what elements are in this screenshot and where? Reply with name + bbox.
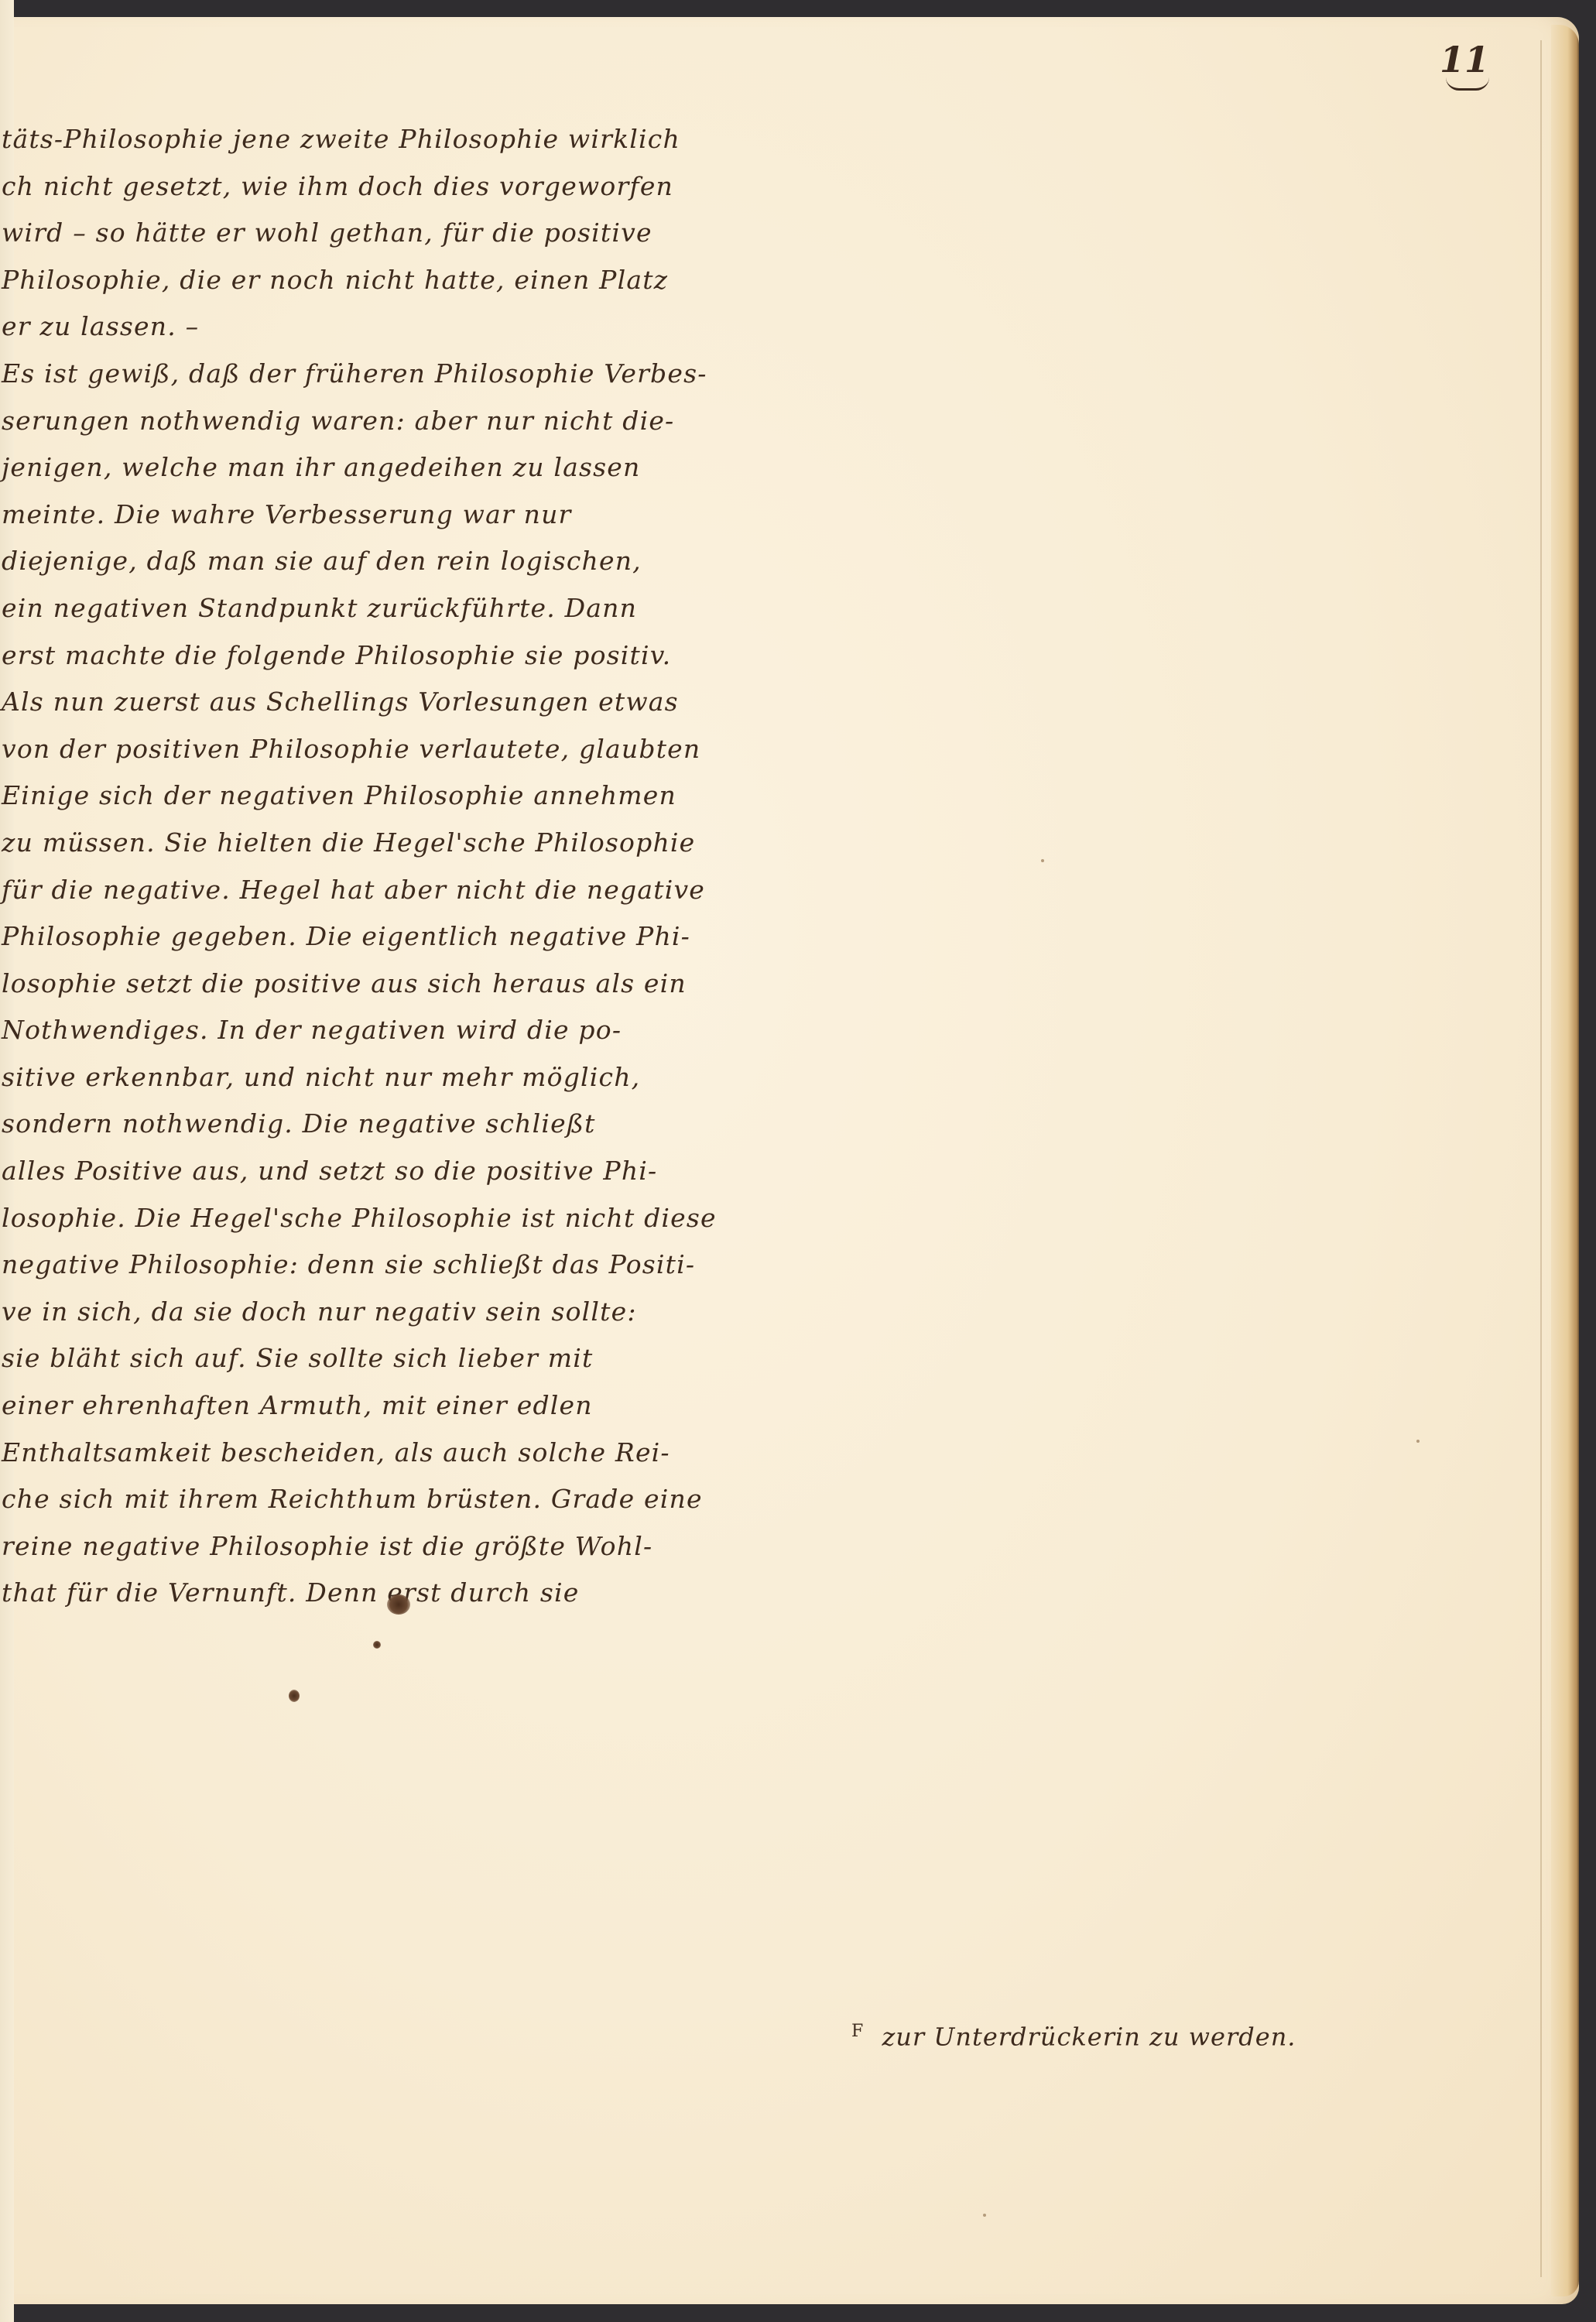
text-line: täts-Philosophie jene zweite Philosophie… [0, 116, 805, 163]
text-line: Philosophie gegeben. Die eigentlich nega… [0, 913, 805, 961]
text-line: zu müssen. Sie hielten die Hegel'sche Ph… [0, 820, 805, 867]
text-line: reine negative Philosophie ist die größt… [0, 1523, 805, 1570]
text-line: sie bläht sich auf. Sie sollte sich lieb… [0, 1335, 805, 1382]
text-line: sondern nothwendig. Die negative schließ… [0, 1101, 805, 1148]
text-line: ch nicht gesetzt, wie ihm doch dies vorg… [0, 163, 805, 211]
text-line: er zu lassen. – [0, 303, 805, 351]
page-number-underline [1446, 77, 1489, 91]
text-line: meinte. Die wahre Verbesserung war nur [0, 491, 805, 539]
page-fold-line [1540, 40, 1542, 2277]
handwritten-text-column: täts-Philosophie jene zweite Philosophie… [0, 116, 805, 1617]
paper-speck [983, 2214, 986, 2217]
text-line: negative Philosophie: denn sie schließt … [0, 1241, 805, 1289]
text-line: sitive erkennbar, und nicht nur mehr mög… [0, 1054, 805, 1101]
ink-blot [387, 1594, 410, 1615]
page-edge-stain [1551, 25, 1579, 2296]
text-line: Philosophie, die er noch nicht hatte, ei… [0, 257, 805, 304]
text-line: erst machte die folgende Philosophie sie… [0, 632, 805, 680]
text-line: Als nun zuerst aus Schellings Vorlesunge… [0, 679, 805, 726]
text-line: jenigen, welche man ihr angedeihen zu la… [0, 444, 805, 491]
text-line: wird – so hätte er wohl gethan, für die … [0, 210, 805, 257]
text-line: einer ehrenhaften Armuth, mit einer edle… [0, 1382, 805, 1430]
text-line: von der positiven Philosophie verlautete… [0, 726, 805, 773]
page-number: 11 [1440, 39, 1489, 80]
text-line: losophie. Die Hegel'sche Philosophie ist… [0, 1195, 805, 1242]
text-line: diejenige, daß man sie auf den rein logi… [0, 538, 805, 585]
footnote-marker: F [851, 2022, 864, 2041]
text-line: Nothwendiges. In der negativen wird die … [0, 1007, 805, 1054]
text-line: Enthaltsamkeit bescheiden, als auch solc… [0, 1430, 805, 1477]
footnote-text: zur Unterdrückerin zu werden. [882, 2022, 1296, 2052]
text-line: serungen nothwendig waren: aber nur nich… [0, 398, 805, 445]
text-line: Es ist gewiß, daß der früheren Philosoph… [0, 351, 805, 398]
paper-speck [1041, 859, 1044, 862]
ink-blot [289, 1690, 300, 1702]
margin-footnote: F zur Unterdrückerin zu werden. [851, 2022, 1296, 2052]
text-line: losophie setzt die positive aus sich her… [0, 961, 805, 1008]
text-line: alles Positive aus, und setzt so die pos… [0, 1148, 805, 1195]
text-line: ein negativen Standpunkt zurückführte. D… [0, 585, 805, 632]
text-line: für die negative. Hegel hat aber nicht d… [0, 867, 805, 914]
text-line: Einige sich der negativen Philosophie an… [0, 772, 805, 820]
paper-speck [1416, 1440, 1420, 1443]
text-line: che sich mit ihrem Reichthum brüsten. Gr… [0, 1476, 805, 1523]
text-line: ve in sich, da sie doch nur negativ sein… [0, 1289, 805, 1336]
ink-blot [373, 1641, 381, 1649]
